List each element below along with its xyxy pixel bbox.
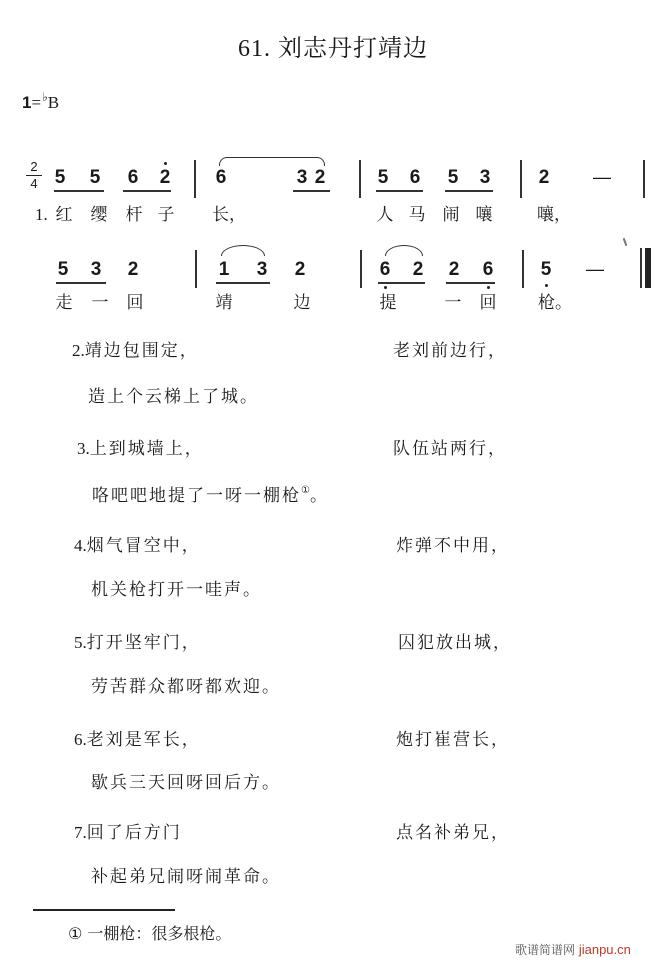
- eighth-underline: [445, 190, 493, 192]
- verse-number: 3.: [77, 439, 90, 458]
- verse-2-line-a: 2.靖边包围定，: [72, 340, 199, 362]
- lyric: 长，: [212, 205, 242, 225]
- barline: [194, 160, 196, 198]
- verse-number: 2.: [72, 341, 85, 360]
- time-signature: 2 4: [26, 160, 42, 191]
- verse-number: 5.: [74, 633, 87, 652]
- verse-4-line-c: 机关枪打开一哇声。: [91, 579, 262, 601]
- note: 5: [56, 260, 70, 280]
- low-octave-dot: [545, 284, 548, 287]
- lyric: 靖: [214, 293, 234, 313]
- lyric: 提: [378, 293, 398, 313]
- time-denominator: 4: [26, 177, 42, 191]
- lyric: 子: [156, 205, 176, 225]
- watermark-en: jianpu.cn: [579, 942, 631, 957]
- verse-4-line-b: 炸弹不中用，: [396, 535, 510, 557]
- note: 3: [295, 168, 309, 188]
- note: 2: [126, 260, 140, 280]
- sustain-dash: —: [593, 167, 609, 187]
- footnote-divider: [33, 909, 175, 911]
- verse-text: 打开坚牢门，: [87, 633, 201, 653]
- verse-3-line-b: 队伍站两行，: [393, 438, 507, 460]
- lyric: 嚷，: [537, 205, 567, 225]
- verse-5-line-c: 劳苦群众都呀都欢迎。: [91, 676, 281, 698]
- time-numerator: 2: [26, 160, 42, 174]
- note: 5: [446, 168, 460, 188]
- lyric: 马: [407, 205, 427, 225]
- sustain-dash: —: [586, 259, 602, 279]
- eighth-underline: [216, 282, 270, 284]
- lyric: 缨: [89, 205, 109, 225]
- barline: [359, 160, 361, 198]
- eighth-underline: [446, 282, 495, 284]
- note: 2: [411, 260, 425, 280]
- note: 2: [537, 168, 551, 188]
- note: 3: [478, 168, 492, 188]
- note: 2: [447, 260, 461, 280]
- verse-6-line-c: 歇兵三天回呀回后方。: [91, 772, 281, 794]
- lyric: 嚷: [474, 205, 494, 225]
- note: 6: [126, 168, 140, 188]
- note: 2: [293, 260, 307, 280]
- tie-arc: [219, 157, 325, 166]
- verse-5-line-b: 囚犯放出城，: [398, 632, 512, 654]
- lyric: 边: [292, 293, 312, 313]
- final-barline-thick: [645, 248, 651, 288]
- barline: [520, 160, 522, 198]
- note: 6: [214, 168, 228, 188]
- note-low: 6: [481, 260, 495, 280]
- barline: [195, 250, 197, 288]
- note-low: 5: [539, 260, 553, 280]
- note: 5: [376, 168, 390, 188]
- eighth-underline: [54, 190, 104, 192]
- note: 3: [255, 260, 269, 280]
- verse-6-line-a: 6.老刘是军长，: [74, 729, 201, 751]
- note: 3: [89, 260, 103, 280]
- lyric: 人: [375, 205, 395, 225]
- lyric: 一: [443, 293, 463, 313]
- lyric: 红: [54, 205, 74, 225]
- high-octave-dot: [164, 162, 167, 165]
- verse-text: 老刘是军长，: [87, 730, 201, 750]
- key-note: B: [48, 93, 59, 112]
- watermark: 歌谱简谱网 jianpu.cn: [515, 941, 631, 958]
- note: 1: [217, 260, 231, 280]
- verse-7-line-c: 补起弟兄闹呀闹革命。: [91, 866, 281, 888]
- verse-5-line-a: 5.打开坚牢门，: [74, 632, 201, 654]
- note: 2: [313, 168, 327, 188]
- verse-number: 6.: [74, 730, 87, 749]
- watermark-cn: 歌谱简谱网: [515, 943, 575, 957]
- verse-4-line-a: 4.烟气冒空中，: [74, 535, 201, 557]
- verse-7-line-b: 点名补弟兄，: [396, 822, 510, 844]
- low-octave-dot: [384, 286, 387, 289]
- note-low: 6: [378, 260, 392, 280]
- slur-arc: [385, 245, 423, 256]
- breath-mark-icon: [623, 238, 628, 246]
- verse-number: 4.: [74, 536, 87, 555]
- note: 6: [408, 168, 422, 188]
- verse-text: 回了后方门: [87, 823, 182, 843]
- verse-text: 上到城墙上，: [90, 439, 204, 459]
- verse-number: 1.: [35, 205, 48, 225]
- lyric: 走: [54, 293, 74, 313]
- barline: [522, 250, 524, 288]
- eighth-underline: [123, 190, 171, 192]
- verse-7-line-a: 7.回了后方门: [74, 822, 182, 844]
- barline: [643, 160, 645, 198]
- lyric: 枪。: [538, 293, 568, 313]
- note: 5: [88, 168, 102, 188]
- barline: [360, 250, 362, 288]
- final-barline-thin: [640, 248, 642, 288]
- key-signature: 1=♭B: [22, 90, 59, 113]
- key-equals: =: [31, 93, 41, 112]
- verse-text: 咯吧吧地提了一呀一棚枪: [92, 486, 301, 506]
- eighth-underline: [293, 190, 330, 192]
- note: 5: [53, 168, 67, 188]
- lyric: 闹: [441, 205, 461, 225]
- verse-number: 7.: [74, 823, 87, 842]
- song-title: 61. 刘志丹打靖边: [0, 28, 666, 63]
- verse-6-line-b: 炮打崔营长，: [396, 729, 510, 751]
- verse-3-line-a: 3.上到城墙上，: [77, 438, 204, 460]
- verse-2-line-c: 造上个云梯上了城。: [88, 386, 259, 408]
- eighth-underline: [376, 190, 423, 192]
- verse-3-line-c: 咯吧吧地提了一呀一棚枪①。: [92, 480, 329, 507]
- low-octave-dot: [487, 286, 490, 289]
- note-high: 2: [158, 168, 172, 188]
- lyric: 回: [125, 293, 145, 313]
- verse-text: 靖边包围定，: [85, 341, 199, 361]
- lyric: 杆: [124, 205, 144, 225]
- footnote-marker: ①: [301, 485, 310, 496]
- slur-arc: [221, 245, 265, 256]
- verse-text: 烟气冒空中，: [87, 536, 201, 556]
- verse-2-line-b: 老刘前边行，: [393, 340, 507, 362]
- lyric: 回: [478, 293, 498, 313]
- eighth-underline: [56, 282, 106, 284]
- lyric: 一: [90, 293, 110, 313]
- verse-text-end: 。: [310, 486, 329, 506]
- eighth-underline: [378, 282, 425, 284]
- footnote: ① 一棚枪：很多根枪。: [68, 921, 231, 944]
